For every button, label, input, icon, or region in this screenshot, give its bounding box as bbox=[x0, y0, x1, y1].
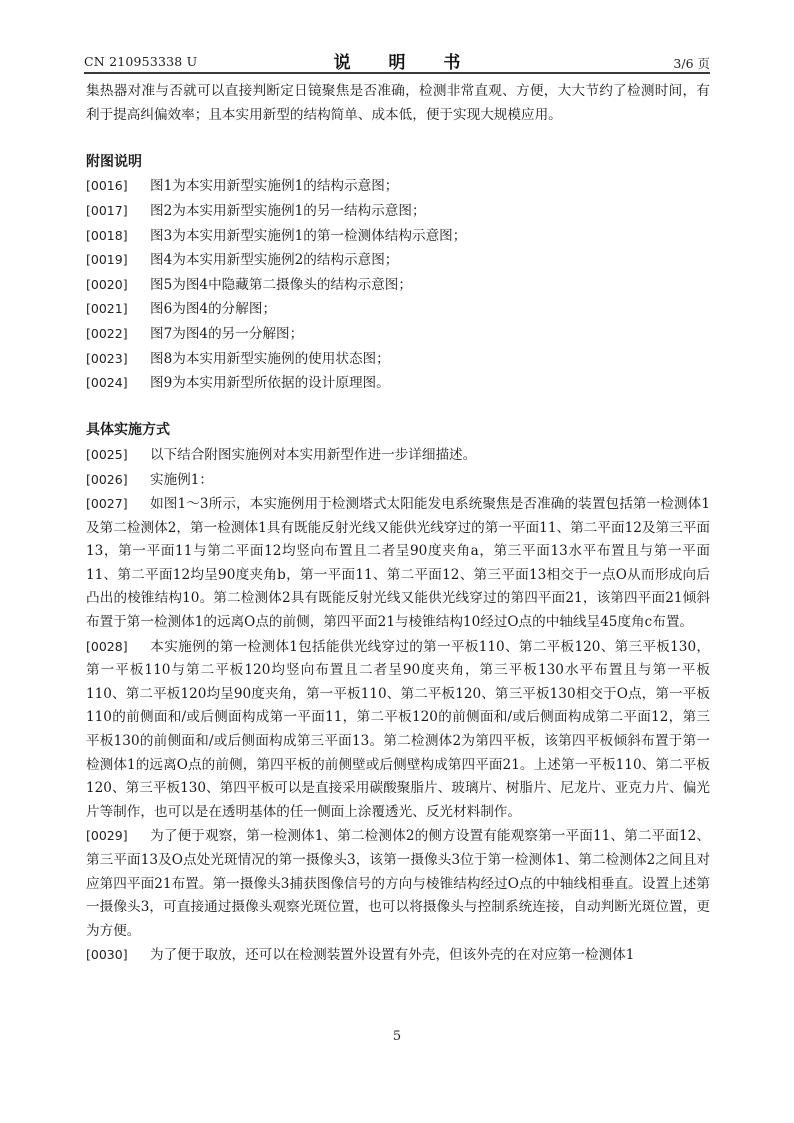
paragraph-item: [0016]图1为本实用新型实施例1的结构示意图； bbox=[86, 174, 710, 199]
paragraph-item: [0020]图5为图4中隐藏第二摄像头的结构示意图； bbox=[86, 273, 710, 298]
paragraph-item: [0019]图4为本实用新型实施例2的结构示意图； bbox=[86, 248, 710, 273]
paragraph-item: [0023]图8为本实用新型实施例的使用状态图； bbox=[86, 347, 710, 372]
paragraph-number: [0025] bbox=[86, 443, 150, 467]
section-heading-embodiment: 具体实施方式 bbox=[86, 419, 710, 443]
page-footer: 5 bbox=[0, 1029, 794, 1044]
paragraph-number: [0029] bbox=[86, 824, 150, 848]
paragraph-number: [0026] bbox=[86, 468, 150, 492]
paragraph-text: 为了便于取放，还可以在检测装置外设置有外壳，但该外壳的在对应第一检测体1 bbox=[150, 947, 634, 963]
paragraph-item: [0018]图3为本实用新型实施例1的第一检测体结构示意图； bbox=[86, 224, 710, 249]
paragraph-text: 图4为本实用新型实施例2的结构示意图； bbox=[150, 252, 398, 268]
paragraph-number: [0020] bbox=[86, 273, 150, 297]
page-header: CN 210953338 U 说 明 书 3/6 页 bbox=[84, 48, 710, 74]
paragraph-number: [0027] bbox=[86, 492, 150, 516]
paragraph-item: [0022]图7为图4的另一分解图； bbox=[86, 322, 710, 347]
paragraph-text: 图3为本实用新型实施例1的第一检测体结构示意图； bbox=[150, 228, 466, 244]
section-heading-figures: 附图说明 bbox=[86, 151, 710, 175]
embodiment-list: [0025]以下结合附图实施例对本实用新型作进一步详细描述。 [0026]实施例… bbox=[86, 443, 710, 968]
paragraph-item: [0025]以下结合附图实施例对本实用新型作进一步详细描述。 bbox=[86, 443, 710, 468]
paragraph-text: 本实施例的第一检测体1包括能供光线穿过的第一平板110、第二平板120、第三平板… bbox=[86, 639, 710, 820]
paragraph-number: [0023] bbox=[86, 347, 150, 371]
paragraph-number: [0028] bbox=[86, 635, 150, 659]
page-number: 5 bbox=[393, 1029, 401, 1044]
paragraph-item: [0021]图6为图4的分解图； bbox=[86, 297, 710, 322]
paragraph-item: [0017]图2为本实用新型实施例1的另一结构示意图； bbox=[86, 199, 710, 224]
paragraph-text: 图2为本实用新型实施例1的另一结构示意图； bbox=[150, 203, 426, 219]
paragraph-item: [0030]为了便于取放，还可以在检测装置外设置有外壳，但该外壳的在对应第一检测… bbox=[86, 943, 710, 968]
paragraph-item: [0027]如图1～3所示，本实施例用于检测塔式太阳能发电系统聚焦是否准确的装置… bbox=[86, 492, 710, 635]
paragraph-number: [0022] bbox=[86, 322, 150, 346]
paragraph-item: [0026]实施例1： bbox=[86, 468, 710, 493]
paragraph-text: 图5为图4中隐藏第二摄像头的结构示意图； bbox=[150, 277, 412, 293]
paragraph-text: 实施例1： bbox=[150, 472, 213, 488]
figure-list: [0016]图1为本实用新型实施例1的结构示意图； [0017]图2为本实用新型… bbox=[86, 174, 710, 395]
document-body: 集热器对准与否就可以直接判断定日镜聚焦是否准确，检测非常直观、方便，大大节约了检… bbox=[86, 80, 710, 968]
paragraph-text: 如图1～3所示，本实施例用于检测塔式太阳能发电系统聚焦是否准确的装置包括第一检测… bbox=[86, 496, 710, 630]
spacer bbox=[86, 396, 710, 420]
paragraph-text: 为了便于观察，第一检测体1、第二检测体2的侧方设置有能观察第一平面11、第二平面… bbox=[86, 828, 710, 938]
paragraph-number: [0019] bbox=[86, 248, 150, 272]
intro-paragraph: 集热器对准与否就可以直接判断定日镜聚焦是否准确，检测非常直观、方便，大大节约了检… bbox=[86, 80, 710, 127]
paragraph-number: [0016] bbox=[86, 174, 150, 198]
paragraph-text: 图9为本实用新型所依据的设计原理图。 bbox=[150, 375, 390, 391]
paragraph-number: [0030] bbox=[86, 943, 150, 967]
paragraph-number: [0024] bbox=[86, 371, 150, 395]
page-count: 3/6 页 bbox=[673, 54, 710, 72]
paragraph-text: 图8为本实用新型实施例的使用状态图； bbox=[150, 351, 390, 367]
paragraph-text: 图6为图4的分解图； bbox=[150, 301, 276, 317]
paragraph-item: [0028]本实施例的第一检测体1包括能供光线穿过的第一平板110、第二平板12… bbox=[86, 635, 710, 825]
paragraph-number: [0018] bbox=[86, 224, 150, 248]
paragraph-item: [0029]为了便于观察，第一检测体1、第二检测体2的侧方设置有能观察第一平面1… bbox=[86, 824, 710, 943]
paragraph-text: 以下结合附图实施例对本实用新型作进一步详细描述。 bbox=[150, 447, 476, 463]
spacer bbox=[86, 127, 710, 151]
paragraph-text: 图1为本实用新型实施例1的结构示意图； bbox=[150, 178, 398, 194]
paragraph-text: 图7为图4的另一分解图； bbox=[150, 326, 303, 342]
paragraph-item: [0024]图9为本实用新型所依据的设计原理图。 bbox=[86, 371, 710, 396]
document-title: 说 明 书 bbox=[84, 48, 710, 73]
paragraph-number: [0017] bbox=[86, 199, 150, 223]
paragraph-number: [0021] bbox=[86, 297, 150, 321]
